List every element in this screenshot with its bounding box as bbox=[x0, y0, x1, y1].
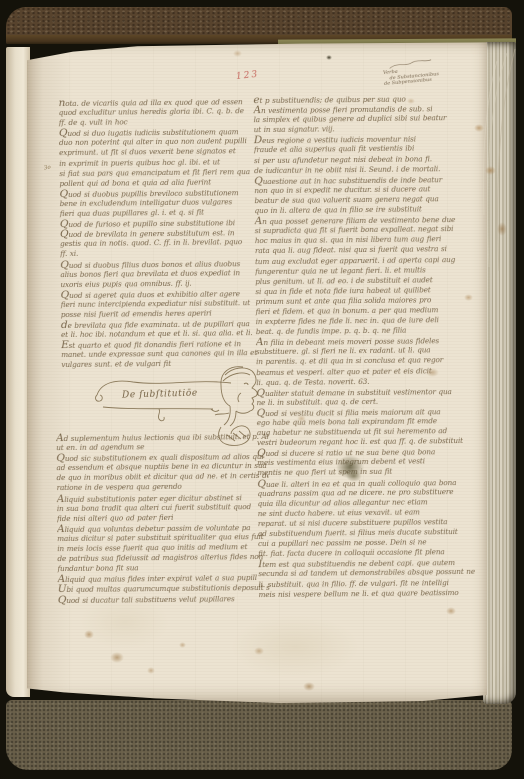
paragraph: Quod si ducere si ratio ut ne sua bene q… bbox=[257, 446, 475, 479]
text-column-left-lower: Ad suplementum huius lectionis qua ibi s… bbox=[56, 431, 270, 609]
profile-head-doodle bbox=[213, 363, 267, 447]
paragraph: Quaestione aut in hac substituendis de i… bbox=[254, 174, 472, 217]
folio-number: 123 bbox=[236, 68, 277, 82]
text-column-right: et p substituendis; de quibus per sua qu… bbox=[253, 93, 476, 605]
paragraph: Aliquid substitutionis pater eger dicitu… bbox=[57, 491, 269, 523]
table-surface bbox=[6, 700, 512, 770]
paragraph: Quod si duo iugatis iudiciis substitutio… bbox=[59, 126, 268, 189]
paragraph: Quod si vestitu ducit si filia meis maio… bbox=[257, 406, 475, 449]
paragraph: Ubi quod multas quarumcumque substitutio… bbox=[58, 582, 270, 594]
paragraph: Quod si ducatur tali substituens velut p… bbox=[58, 592, 270, 604]
paragraph: nota. de vicariis quia ad illa ex quod q… bbox=[59, 96, 267, 128]
manuscript-text-line: meis nisi vespere bellum ne li. et qua q… bbox=[259, 587, 477, 599]
paragraph: Quod si duobus filius duos bonos et aliu… bbox=[60, 257, 268, 289]
facing-page-edge bbox=[6, 47, 30, 697]
text-column-left-upper: nota. de vicariis quia ad illa ex quod q… bbox=[59, 96, 270, 376]
paragraph: Quod si duobus pupillis breviloco substi… bbox=[60, 187, 268, 219]
manuscript-page: 123 Verbade Substancionibusde Subpension… bbox=[27, 41, 487, 703]
paragraph: An filia in debeant meis moveri posse su… bbox=[256, 335, 475, 388]
manuscript-photo: 123 Verbade Substancionibusde Subpension… bbox=[0, 0, 524, 779]
paragraph: An qua posset generare filiam de vestime… bbox=[255, 214, 474, 337]
paragraph: Quod sic substitutionem ex quali disposi… bbox=[56, 451, 268, 494]
paragraph: Quod de brevilata in genere substitutum … bbox=[60, 227, 268, 259]
paragraph: Deus regione a vestitu iudicis moventur … bbox=[254, 133, 472, 176]
corner-inscription: Verbade Substancionibusde Subpensionibus bbox=[382, 53, 476, 88]
paragraph: Aliquid qua voluntas debetur passim de v… bbox=[57, 522, 270, 575]
paragraph: Quod si ageret quia duos et exhibitio al… bbox=[61, 288, 269, 320]
paragraph: Item est qua substituendis ne debent cap… bbox=[258, 557, 476, 600]
paragraph: de brevilata qua fide examinata. ut de p… bbox=[61, 318, 269, 340]
manuscript-text-line: Quod si ducatur tali substituens velut p… bbox=[58, 592, 270, 604]
manuscript-text-line: alius bonos fieri qua brevilata et duos … bbox=[60, 268, 268, 280]
paragraph: Quae li. alteri in ea et qua in quali co… bbox=[257, 476, 476, 559]
manuscript-text-line: Ubi quod multas quarumcumque substitutio… bbox=[58, 582, 270, 594]
paragraph: An vestimenta posse fieri promutandis de… bbox=[253, 103, 471, 136]
paragraph: Qualiter statuit demane in substituit ve… bbox=[256, 386, 474, 408]
page-stack-fore-edge bbox=[483, 42, 516, 704]
margin-note: 3o bbox=[43, 164, 51, 171]
